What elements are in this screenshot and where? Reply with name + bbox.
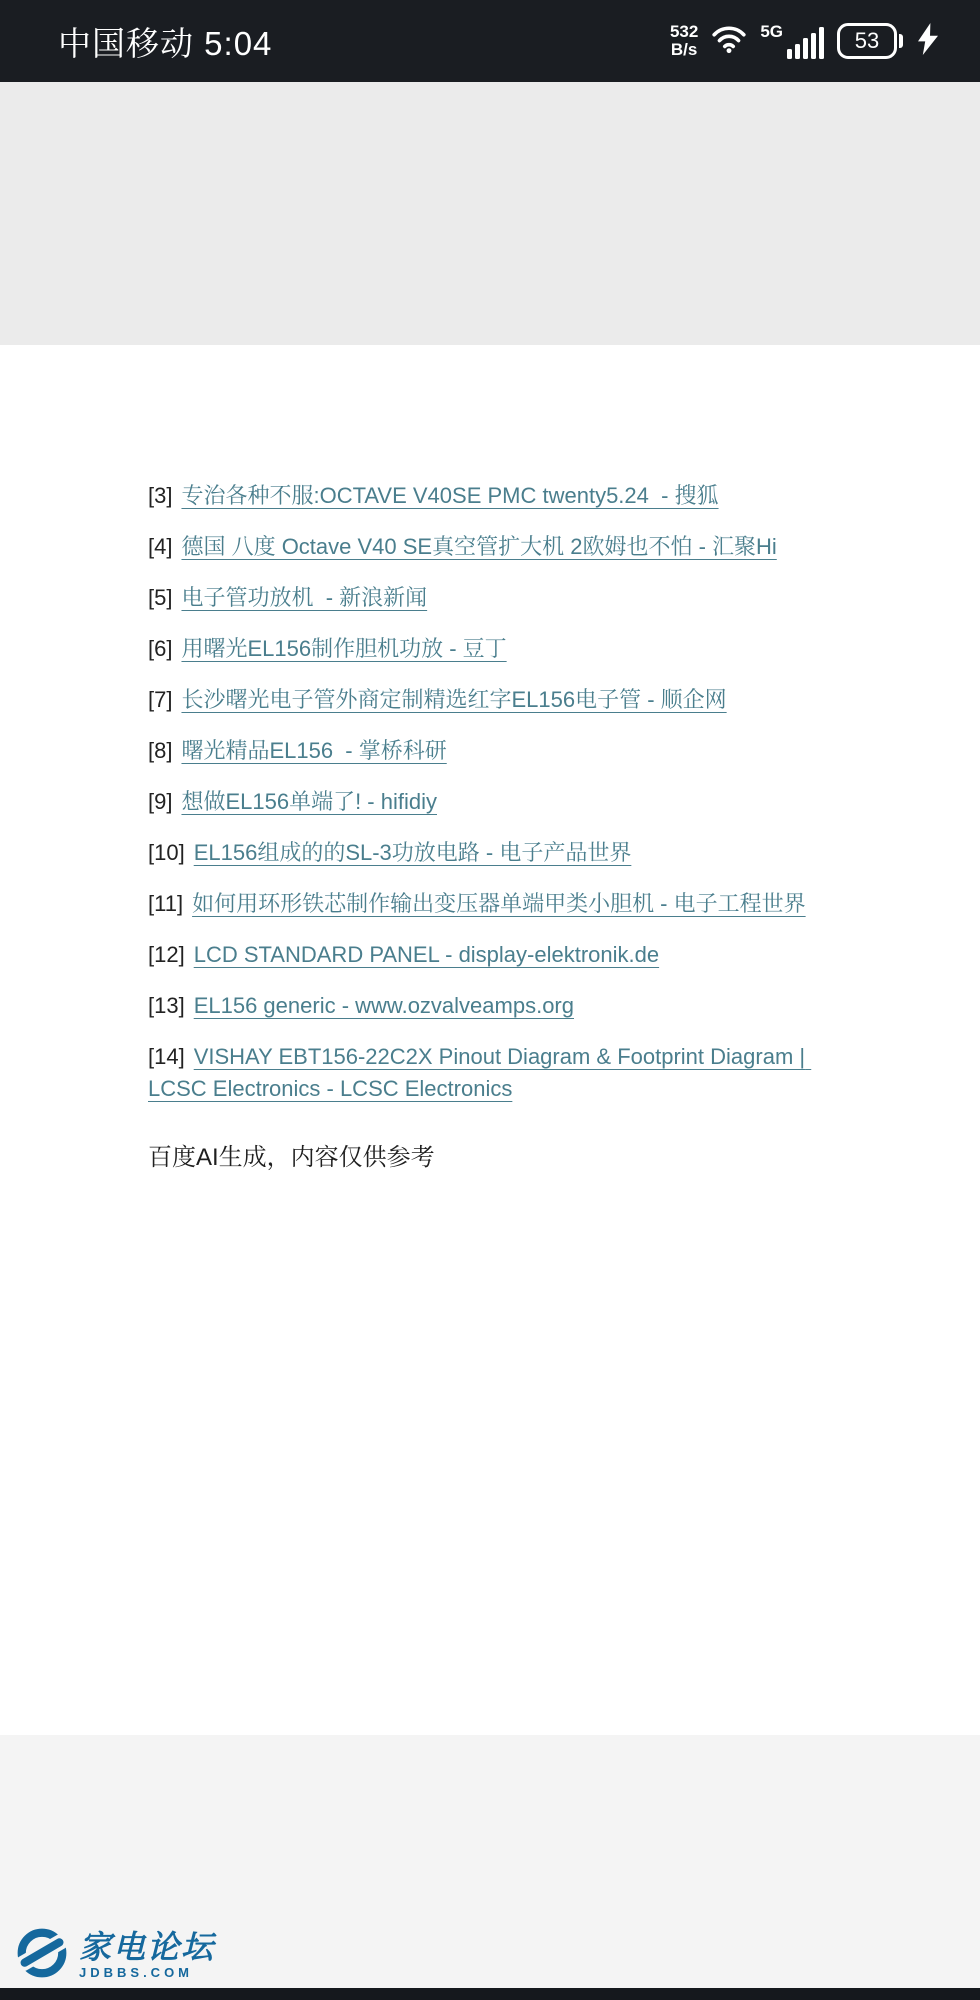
reference-item: [7]长沙曙光电子管外商定制精选红字EL156电子管 - 顺企网 — [148, 684, 840, 716]
reference-index: [5] — [148, 585, 172, 610]
carrier-and-time-label: 中国移动 5:04 — [58, 18, 272, 65]
reference-index: [13] — [148, 993, 185, 1018]
reference-index: [4] — [148, 534, 172, 559]
reference-item: [14]VISHAY EBT156-22C2X Pinout Diagram &… — [148, 1041, 840, 1105]
reference-item: [9]想做EL156单端了! - hifidiy — [148, 786, 840, 818]
reference-item: [12]LCD STANDARD PANEL - display-elektro… — [148, 939, 840, 971]
reference-item: [13]EL156 generic - www.ozvalveamps.org — [148, 990, 840, 1022]
network-speed-unit: B/s — [671, 41, 697, 59]
reference-index: [14] — [148, 1044, 185, 1069]
reference-index: [10] — [148, 840, 185, 865]
phone-screen: 中国移动 5:04 532 B/s 5G — [0, 0, 980, 2000]
reference-item: [11]如何用环形铁芯制作输出变压器单端甲类小胆机 - 电子工程世界 — [148, 888, 840, 920]
battery-icon: 53 — [837, 23, 903, 59]
status-bar: 中国移动 5:04 532 B/s 5G — [0, 0, 980, 82]
signal-strength-bars — [787, 27, 824, 59]
reference-item: [3]专治各种不服:OCTAVE V40SE PMC twenty5.24 - … — [148, 480, 840, 512]
status-bar-right-cluster: 532 B/s 5G 53 — [670, 23, 940, 60]
wifi-icon — [711, 24, 747, 59]
reference-link[interactable]: EL156 generic - www.ozvalveamps.org — [194, 993, 574, 1018]
reference-index: [7] — [148, 687, 172, 712]
reference-index: [9] — [148, 789, 172, 814]
reference-link[interactable]: EL156组成的的SL-3功放电路 - 电子产品世界 — [194, 840, 632, 865]
reference-item: [4]德国 八度 Octave V40 SE真空管扩大机 2欧姆也不怕 - 汇聚… — [148, 531, 840, 563]
document-page: [3]专治各种不服:OCTAVE V40SE PMC twenty5.24 - … — [0, 345, 980, 1735]
charging-bolt-icon — [916, 23, 940, 60]
reference-item: [10]EL156组成的的SL-3功放电路 - 电子产品世界 — [148, 837, 840, 869]
reference-index: [8] — [148, 738, 172, 763]
reference-link[interactable]: 曙光精品EL156 - 掌桥科研 — [181, 738, 446, 763]
network-type-label: 5G — [760, 23, 783, 40]
signal-bars-icon: 5G — [760, 23, 824, 59]
bottom-gray-band: 家电论坛 JDBBS.COM — [0, 1735, 980, 2000]
forum-logo: 家电论坛 JDBBS.COM — [14, 1925, 215, 1986]
reference-link[interactable]: 想做EL156单端了! - hifidiy — [181, 789, 437, 814]
top-gray-band — [0, 82, 980, 345]
reference-item: [6]用曙光EL156制作胆机功放 - 豆丁 — [148, 633, 840, 665]
reference-index: [11] — [148, 891, 183, 916]
reference-index: [12] — [148, 942, 185, 967]
reference-index: [3] — [148, 483, 172, 508]
battery-percent-label: 53 — [855, 28, 879, 54]
reference-link[interactable]: LCD STANDARD PANEL - display-elektronik.… — [194, 942, 659, 967]
reference-link[interactable]: 德国 八度 Octave V40 SE真空管扩大机 2欧姆也不怕 - 汇聚Hi — [181, 534, 776, 559]
reference-item: [8]曙光精品EL156 - 掌桥科研 — [148, 735, 840, 767]
reference-index: [6] — [148, 636, 172, 661]
forum-logo-domain: JDBBS.COM — [79, 1965, 193, 1980]
reference-link[interactable]: 电子管功放机 - 新浪新闻 — [181, 585, 427, 610]
bottom-dark-edge — [0, 1988, 980, 2000]
logo-swoosh-icon — [14, 1925, 70, 1986]
forum-logo-title: 家电论坛 — [79, 1931, 215, 1963]
reference-link[interactable]: 用曙光EL156制作胆机功放 - 豆丁 — [181, 636, 506, 661]
reference-item: [5]电子管功放机 - 新浪新闻 — [148, 582, 840, 614]
network-speed-value: 532 — [670, 23, 698, 41]
ai-disclaimer-text: 百度AI生成，内容仅供参考 — [148, 1137, 840, 1172]
reference-link[interactable]: 如何用环形铁芯制作输出变压器单端甲类小胆机 - 电子工程世界 — [192, 891, 806, 916]
network-speed-indicator: 532 B/s — [670, 23, 698, 59]
reference-link[interactable]: 长沙曙光电子管外商定制精选红字EL156电子管 - 顺企网 — [181, 687, 726, 712]
battery-nub — [899, 34, 903, 48]
reference-link[interactable]: VISHAY EBT156-22C2X Pinout Diagram & Foo… — [148, 1044, 811, 1101]
reference-link[interactable]: 专治各种不服:OCTAVE V40SE PMC twenty5.24 - 搜狐 — [181, 483, 718, 508]
